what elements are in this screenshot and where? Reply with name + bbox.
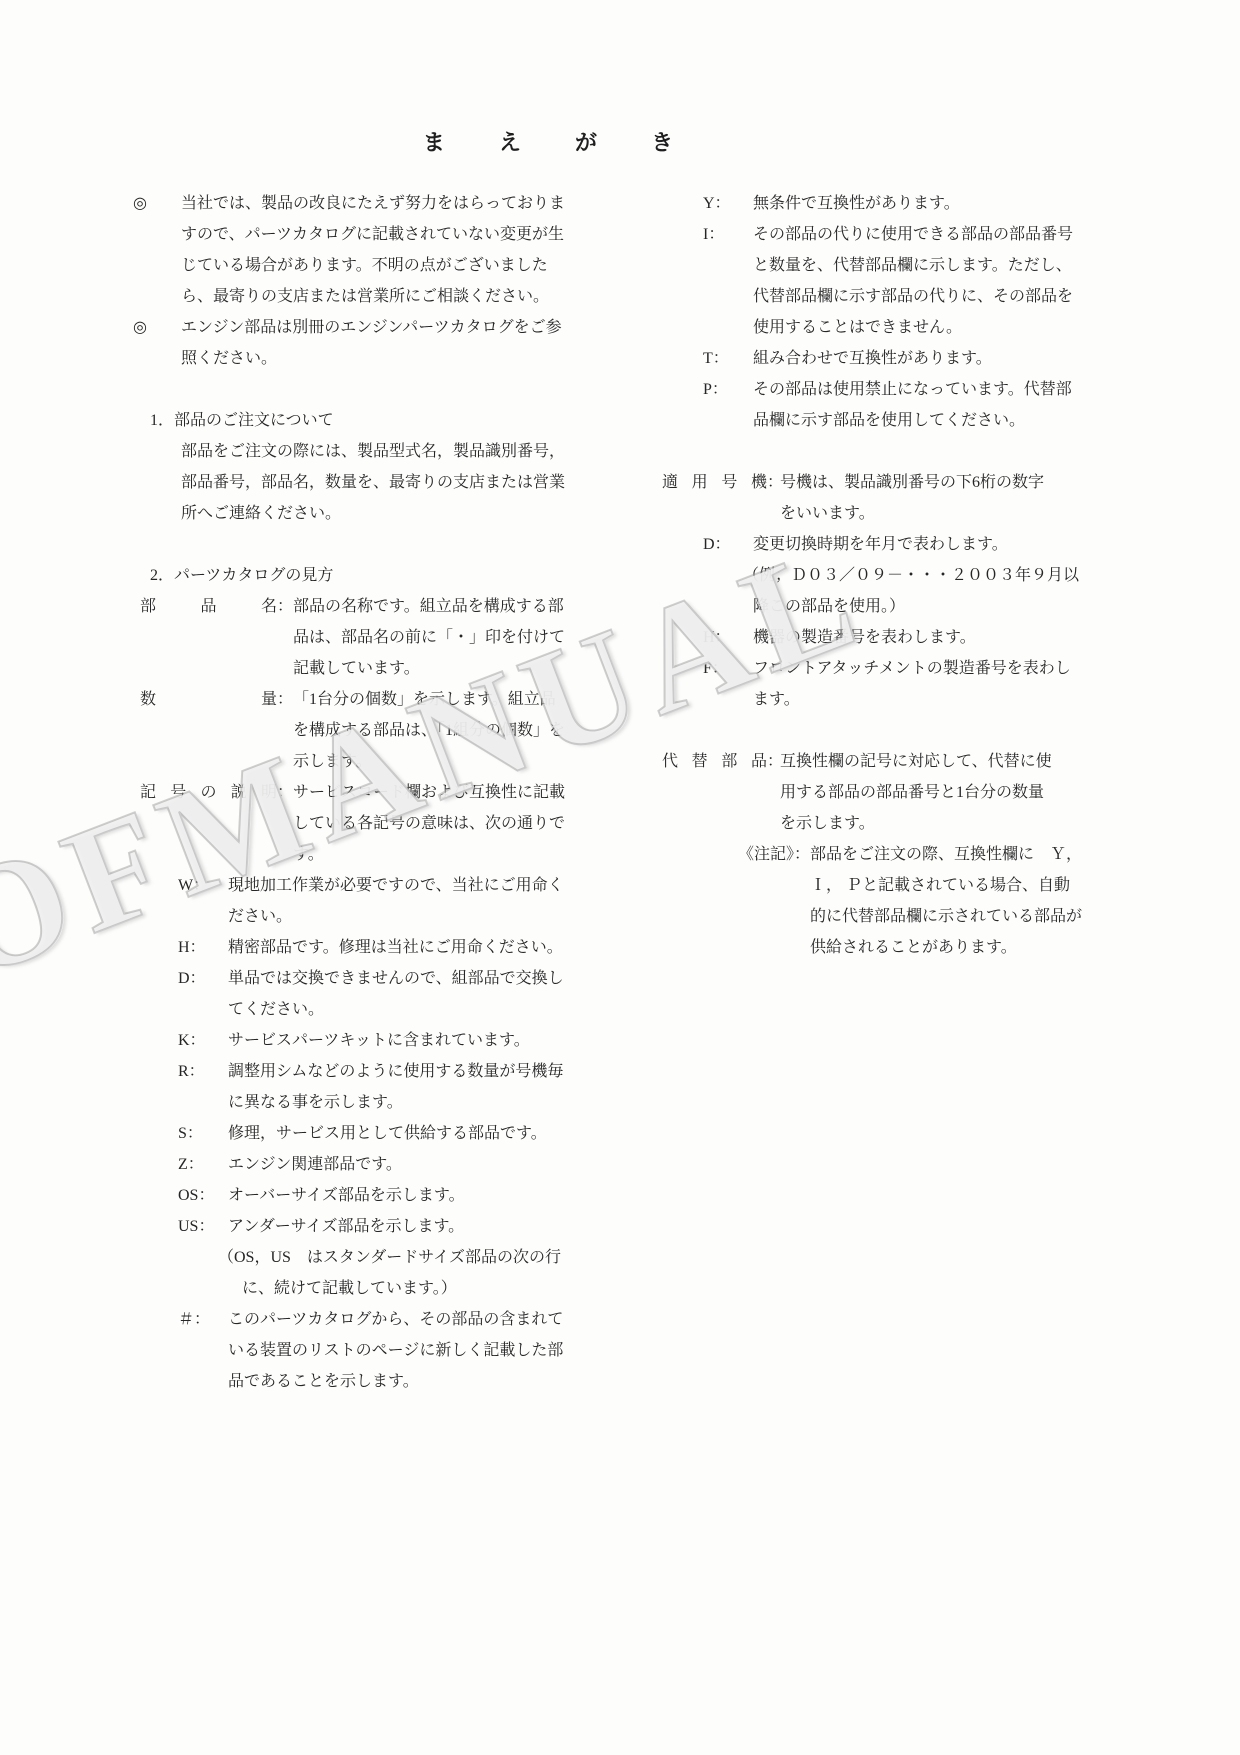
- double-circle-bullet-icon: ◎: [133, 312, 181, 343]
- definition-text: 部品の名称です。組立品を構成する部品は、部品名の前に「・」印を付けて記載していま…: [293, 591, 569, 684]
- symbol-row: T： 組み合わせで互換性があります。: [703, 343, 1086, 374]
- definition-text: 「1台分の個数」を示します。組立品を構成する部品は、「1組分の個数」を示します。: [293, 684, 569, 777]
- symbol-row: Y： 無条件で互換性があります。: [703, 188, 1086, 219]
- remark-text: 部品をご注文の際、互換性欄に Ｙ，Ｉ， Ｐと記載されている場合、自動的に代替部品…: [810, 839, 1085, 963]
- document-page: ま え が き ◎ 当社では、製品の改良にたえず努力をはらっておりますので、パー…: [0, 0, 1240, 1755]
- symbol-row: Z： エンジン関連部品です。: [178, 1149, 573, 1180]
- notice-item: ◎ エンジン部品は別冊のエンジンパーツカタログをご参照ください。: [133, 312, 573, 374]
- definition-row: 部品名 ： 部品の名称です。組立品を構成する部品は、部品名の前に「・」印を付けて…: [140, 591, 573, 684]
- symbol-row: K： サービスパーツキットに含まれています。: [178, 1025, 573, 1056]
- symbol-text: 調整用シムなどのように使用する数量が号機毎に異なる事を示します。: [228, 1056, 565, 1118]
- symbol-label: K：: [178, 1025, 228, 1056]
- symbol-row: F： フロントアタッチメントの製造番号を表わします。: [703, 653, 1086, 715]
- symbol-text: 精密部品です。修理は当社にご用命ください。: [228, 932, 565, 963]
- definition-colon: ：: [277, 591, 293, 622]
- section1-body: 部品をご注文の際には、製品型式名，製品識別番号，部品番号，部品名，数量を、最寄り…: [181, 436, 571, 529]
- definition-label: 適用号機: [662, 467, 767, 498]
- symbol-text: エンジン関連部品です。: [228, 1149, 565, 1180]
- symbol-label: ＃：: [178, 1304, 228, 1335]
- definition-row: 記号の説明 ： サービスコード欄および互換性に記載している各記号の意味は、次の通…: [140, 777, 573, 870]
- symbol-text-main: 変更切換時期を年月で表わします。: [753, 529, 1085, 560]
- definition-colon: ：: [277, 684, 293, 715]
- definition-row: 数量 ： 「1台分の個数」を示します。組立品を構成する部品は、「1組分の個数」を…: [140, 684, 573, 777]
- symbol-label: R：: [178, 1056, 228, 1087]
- remark-label: 《注記》：: [738, 839, 810, 870]
- symbol-note: （例；Ｄ０３／０９－・・・２００３年９月以降この部品を使用。）: [743, 560, 1085, 622]
- symbol-label: W：: [178, 870, 228, 901]
- symbol-text: 無条件で互換性があります。: [753, 188, 1085, 219]
- symbol-label: D：: [178, 963, 228, 994]
- symbol-label: US：: [178, 1211, 228, 1242]
- definition-colon: ：: [277, 777, 293, 808]
- section1-heading: 1．部品のご注文について: [150, 405, 573, 436]
- symbol-text: フロントアタッチメントの製造番号を表わします。: [753, 653, 1085, 715]
- definition-text: 互換性欄の記号に対応して、代替に使用する部品の部品番号と1台分の数量を示します。: [780, 746, 1056, 839]
- double-circle-bullet-icon: ◎: [133, 188, 181, 219]
- symbol-row: H： 精密部品です。修理は当社にご用命ください。: [178, 932, 573, 963]
- definition-text: サービスコード欄および互換性に記載している各記号の意味は、次の通りです。: [293, 777, 569, 870]
- symbol-row: W： 現地加工作業が必要ですので、当社にご用命ください。: [178, 870, 573, 932]
- definition-label: 記号の説明: [140, 777, 277, 808]
- symbol-row: P： その部品は使用禁止になっています。代替部品欄に示す部品を使用してください。: [703, 374, 1086, 436]
- symbol-text-main: アンダーサイズ部品を示します。: [228, 1211, 565, 1242]
- symbol-text: 変更切換時期を年月で表わします。 （例；Ｄ０３／０９－・・・２００３年９月以降こ…: [753, 529, 1085, 622]
- definition-label: 数量: [140, 684, 277, 715]
- symbol-text: 修理，サービス用として供給する部品です。: [228, 1118, 565, 1149]
- symbol-label: H：: [703, 622, 753, 653]
- symbol-row: ＃： このパーツカタログから、その部品の含まれている装置のリストのページに新しく…: [178, 1304, 573, 1397]
- symbol-text: その部品は使用禁止になっています。代替部品欄に示す部品を使用してください。: [753, 374, 1085, 436]
- symbol-note: （OS，US はスタンダードサイズ部品の次の行に、続けて記載しています。）: [218, 1242, 565, 1304]
- definition-label: 部品名: [140, 591, 277, 622]
- symbol-row: R： 調整用シムなどのように使用する数量が号機毎に異なる事を示します。: [178, 1056, 573, 1118]
- symbol-label: Y：: [703, 188, 753, 219]
- symbol-row: S： 修理，サービス用として供給する部品です。: [178, 1118, 573, 1149]
- definition-label: 代替部品: [662, 746, 767, 777]
- definition-colon: ：: [767, 467, 780, 498]
- symbol-row: D： 単品では交換できませんので、組部品で交換してください。: [178, 963, 573, 1025]
- symbol-label: T：: [703, 343, 753, 374]
- symbol-row: D： 変更切換時期を年月で表わします。 （例；Ｄ０３／０９－・・・２００３年９月…: [703, 529, 1086, 622]
- symbol-text: その部品の代りに使用できる部品の部品番号と数量を、代替部品欄に示します。ただし、…: [753, 219, 1085, 343]
- symbol-text: オーバーサイズ部品を示します。: [228, 1180, 565, 1211]
- symbol-label: H：: [178, 932, 228, 963]
- symbol-row: H： 機器の製造番号を表わします。: [703, 622, 1086, 653]
- symbol-text: アンダーサイズ部品を示します。 （OS，US はスタンダードサイズ部品の次の行に…: [228, 1211, 565, 1304]
- symbol-row: US： アンダーサイズ部品を示します。 （OS，US はスタンダードサイズ部品の…: [178, 1211, 573, 1304]
- definition-text: 号機は、製品識別番号の下6桁の数字をいいます。: [780, 467, 1056, 529]
- notice-text: 当社では、製品の改良にたえず努力をはらっておりますので、パーツカタログに記載され…: [181, 188, 571, 312]
- symbol-label: OS：: [178, 1180, 228, 1211]
- symbol-text: このパーツカタログから、その部品の含まれている装置のリストのページに新しく記載し…: [228, 1304, 565, 1397]
- symbol-text: 単品では交換できませんので、組部品で交換してください。: [228, 963, 565, 1025]
- alternative-part-row: 代替部品 ： 互換性欄の記号に対応して、代替に使用する部品の部品番号と1台分の数…: [662, 746, 1086, 839]
- section2-heading: 2．パーツカタログの見方: [150, 560, 573, 591]
- symbol-label: F：: [703, 653, 753, 684]
- applicable-serial-row: 適用号機 ： 号機は、製品識別番号の下6桁の数字をいいます。: [662, 467, 1086, 529]
- definition-colon: ：: [767, 746, 780, 777]
- symbol-label: I：: [703, 219, 753, 250]
- symbol-text: サービスパーツキットに含まれています。: [228, 1025, 565, 1056]
- symbol-row: OS： オーバーサイズ部品を示します。: [178, 1180, 573, 1211]
- symbol-row: I： その部品の代りに使用できる部品の部品番号と数量を、代替部品欄に示します。た…: [703, 219, 1086, 343]
- symbol-label: S：: [178, 1118, 228, 1149]
- notice-item: ◎ 当社では、製品の改良にたえず努力をはらっておりますので、パーツカタログに記載…: [133, 188, 573, 312]
- symbol-text: 現地加工作業が必要ですので、当社にご用命ください。: [228, 870, 565, 932]
- symbol-text: 組み合わせで互換性があります。: [753, 343, 1085, 374]
- right-column: Y： 無条件で互換性があります。 I： その部品の代りに使用できる部品の部品番号…: [662, 188, 1086, 963]
- symbol-text: 機器の製造番号を表わします。: [753, 622, 1085, 653]
- symbol-label: Z：: [178, 1149, 228, 1180]
- notice-text: エンジン部品は別冊のエンジンパーツカタログをご参照ください。: [181, 312, 571, 374]
- page-title: ま え が き: [140, 128, 980, 158]
- symbol-label: P：: [703, 374, 753, 405]
- left-column: ◎ 当社では、製品の改良にたえず努力をはらっておりますので、パーツカタログに記載…: [133, 188, 573, 1397]
- symbol-label: D：: [703, 529, 753, 560]
- remark-row: 《注記》： 部品をご注文の際、互換性欄に Ｙ，Ｉ， Ｐと記載されている場合、自動…: [738, 839, 1086, 963]
